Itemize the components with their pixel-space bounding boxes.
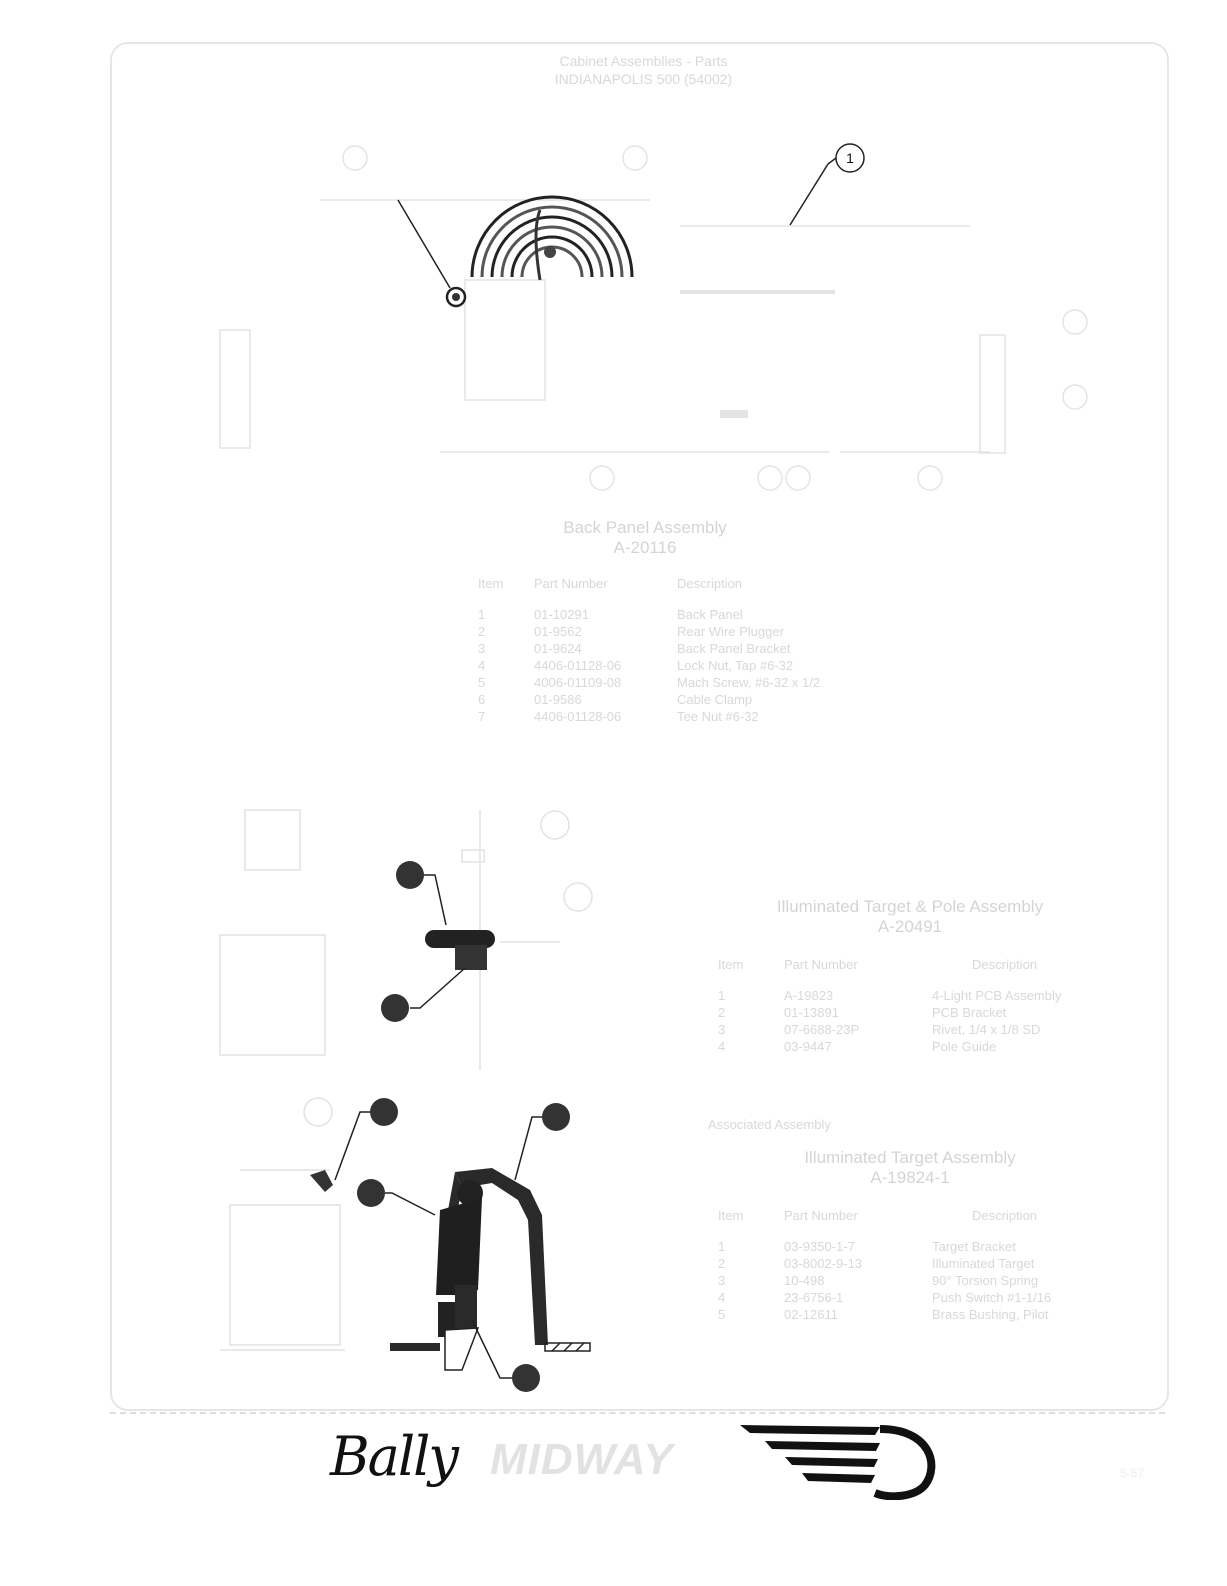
associated-assembly-label: Associated Assembly [708, 1117, 831, 1132]
table-row: 201-13891PCB Bracket [718, 1004, 1069, 1021]
pole-assembly-drawing [210, 800, 610, 1080]
header-line-1: Cabinet Assemblies - Parts [60, 52, 1227, 70]
table-row: 44406-01128-06Lock Nut, Tap #6-32 [478, 657, 828, 674]
table-row: 201-9562Rear Wire Plugger [478, 623, 828, 640]
table-row: 423-6756-1Push Switch #1-1/16 [718, 1289, 1059, 1306]
bally-logo: Bally [330, 1425, 457, 1488]
table-row: 403-9447Pole Guide [718, 1038, 1069, 1055]
target-assembly-drawing [200, 1080, 620, 1400]
table-row: 307-6688-23PRivet, 1/4 x 1/8 SD [718, 1021, 1069, 1038]
page-header: Cabinet Assemblies - Parts INDIANAPOLIS … [0, 52, 1227, 88]
table-row: 54006-01109-08Mach Screw, #6-32 x 1/2 [478, 674, 828, 691]
illuminated-target-parts-table: Item Part Number Description 103-9350-1-… [718, 1207, 1059, 1323]
back-panel-title: Back Panel Assembly A-20116 [480, 518, 810, 558]
winged-wheel-logo-icon [740, 1425, 940, 1500]
table-row: 301-9624Back Panel Bracket [478, 640, 828, 657]
header-line-2: INDIANAPOLIS 500 (54002) [60, 70, 1227, 88]
back-panel-parts-table: Item Part Number Description 101-10291Ba… [478, 575, 828, 725]
illuminated-target-title: Illuminated Target Assembly A-19824-1 [700, 1148, 1120, 1188]
table-row: 601-9586Cable Clamp [478, 691, 828, 708]
table-header-row: Item Part Number Description [478, 575, 828, 606]
table-row: 502-12611Brass Bushing, Pilot [718, 1306, 1059, 1323]
back-panel-drawing: 1 [210, 130, 1110, 500]
illuminated-pole-title: Illuminated Target & Pole Assembly A-204… [700, 897, 1120, 937]
footer-divider [110, 1412, 1165, 1414]
illuminated-pole-parts-table: Item Part Number Description 1A-198234-L… [718, 956, 1069, 1055]
midway-logo: MIDWAY [490, 1435, 674, 1485]
table-row: 203-8002-9-13Illuminated Target [718, 1255, 1059, 1272]
table-row: 74406-01128-06Tee Nut #6-32 [478, 708, 828, 725]
table-row: 310-49890° Torsion Spring [718, 1272, 1059, 1289]
table-header-row: Item Part Number Description [718, 1207, 1059, 1238]
table-row: 101-10291Back Panel [478, 606, 828, 623]
table-row: 1A-198234-Light PCB Assembly [718, 987, 1069, 1004]
table-header-row: Item Part Number Description [718, 956, 1069, 987]
svg-text:1: 1 [846, 150, 854, 166]
table-row: 103-9350-1-7Target Bracket [718, 1238, 1059, 1255]
page-number: 5-57 [1120, 1466, 1144, 1480]
